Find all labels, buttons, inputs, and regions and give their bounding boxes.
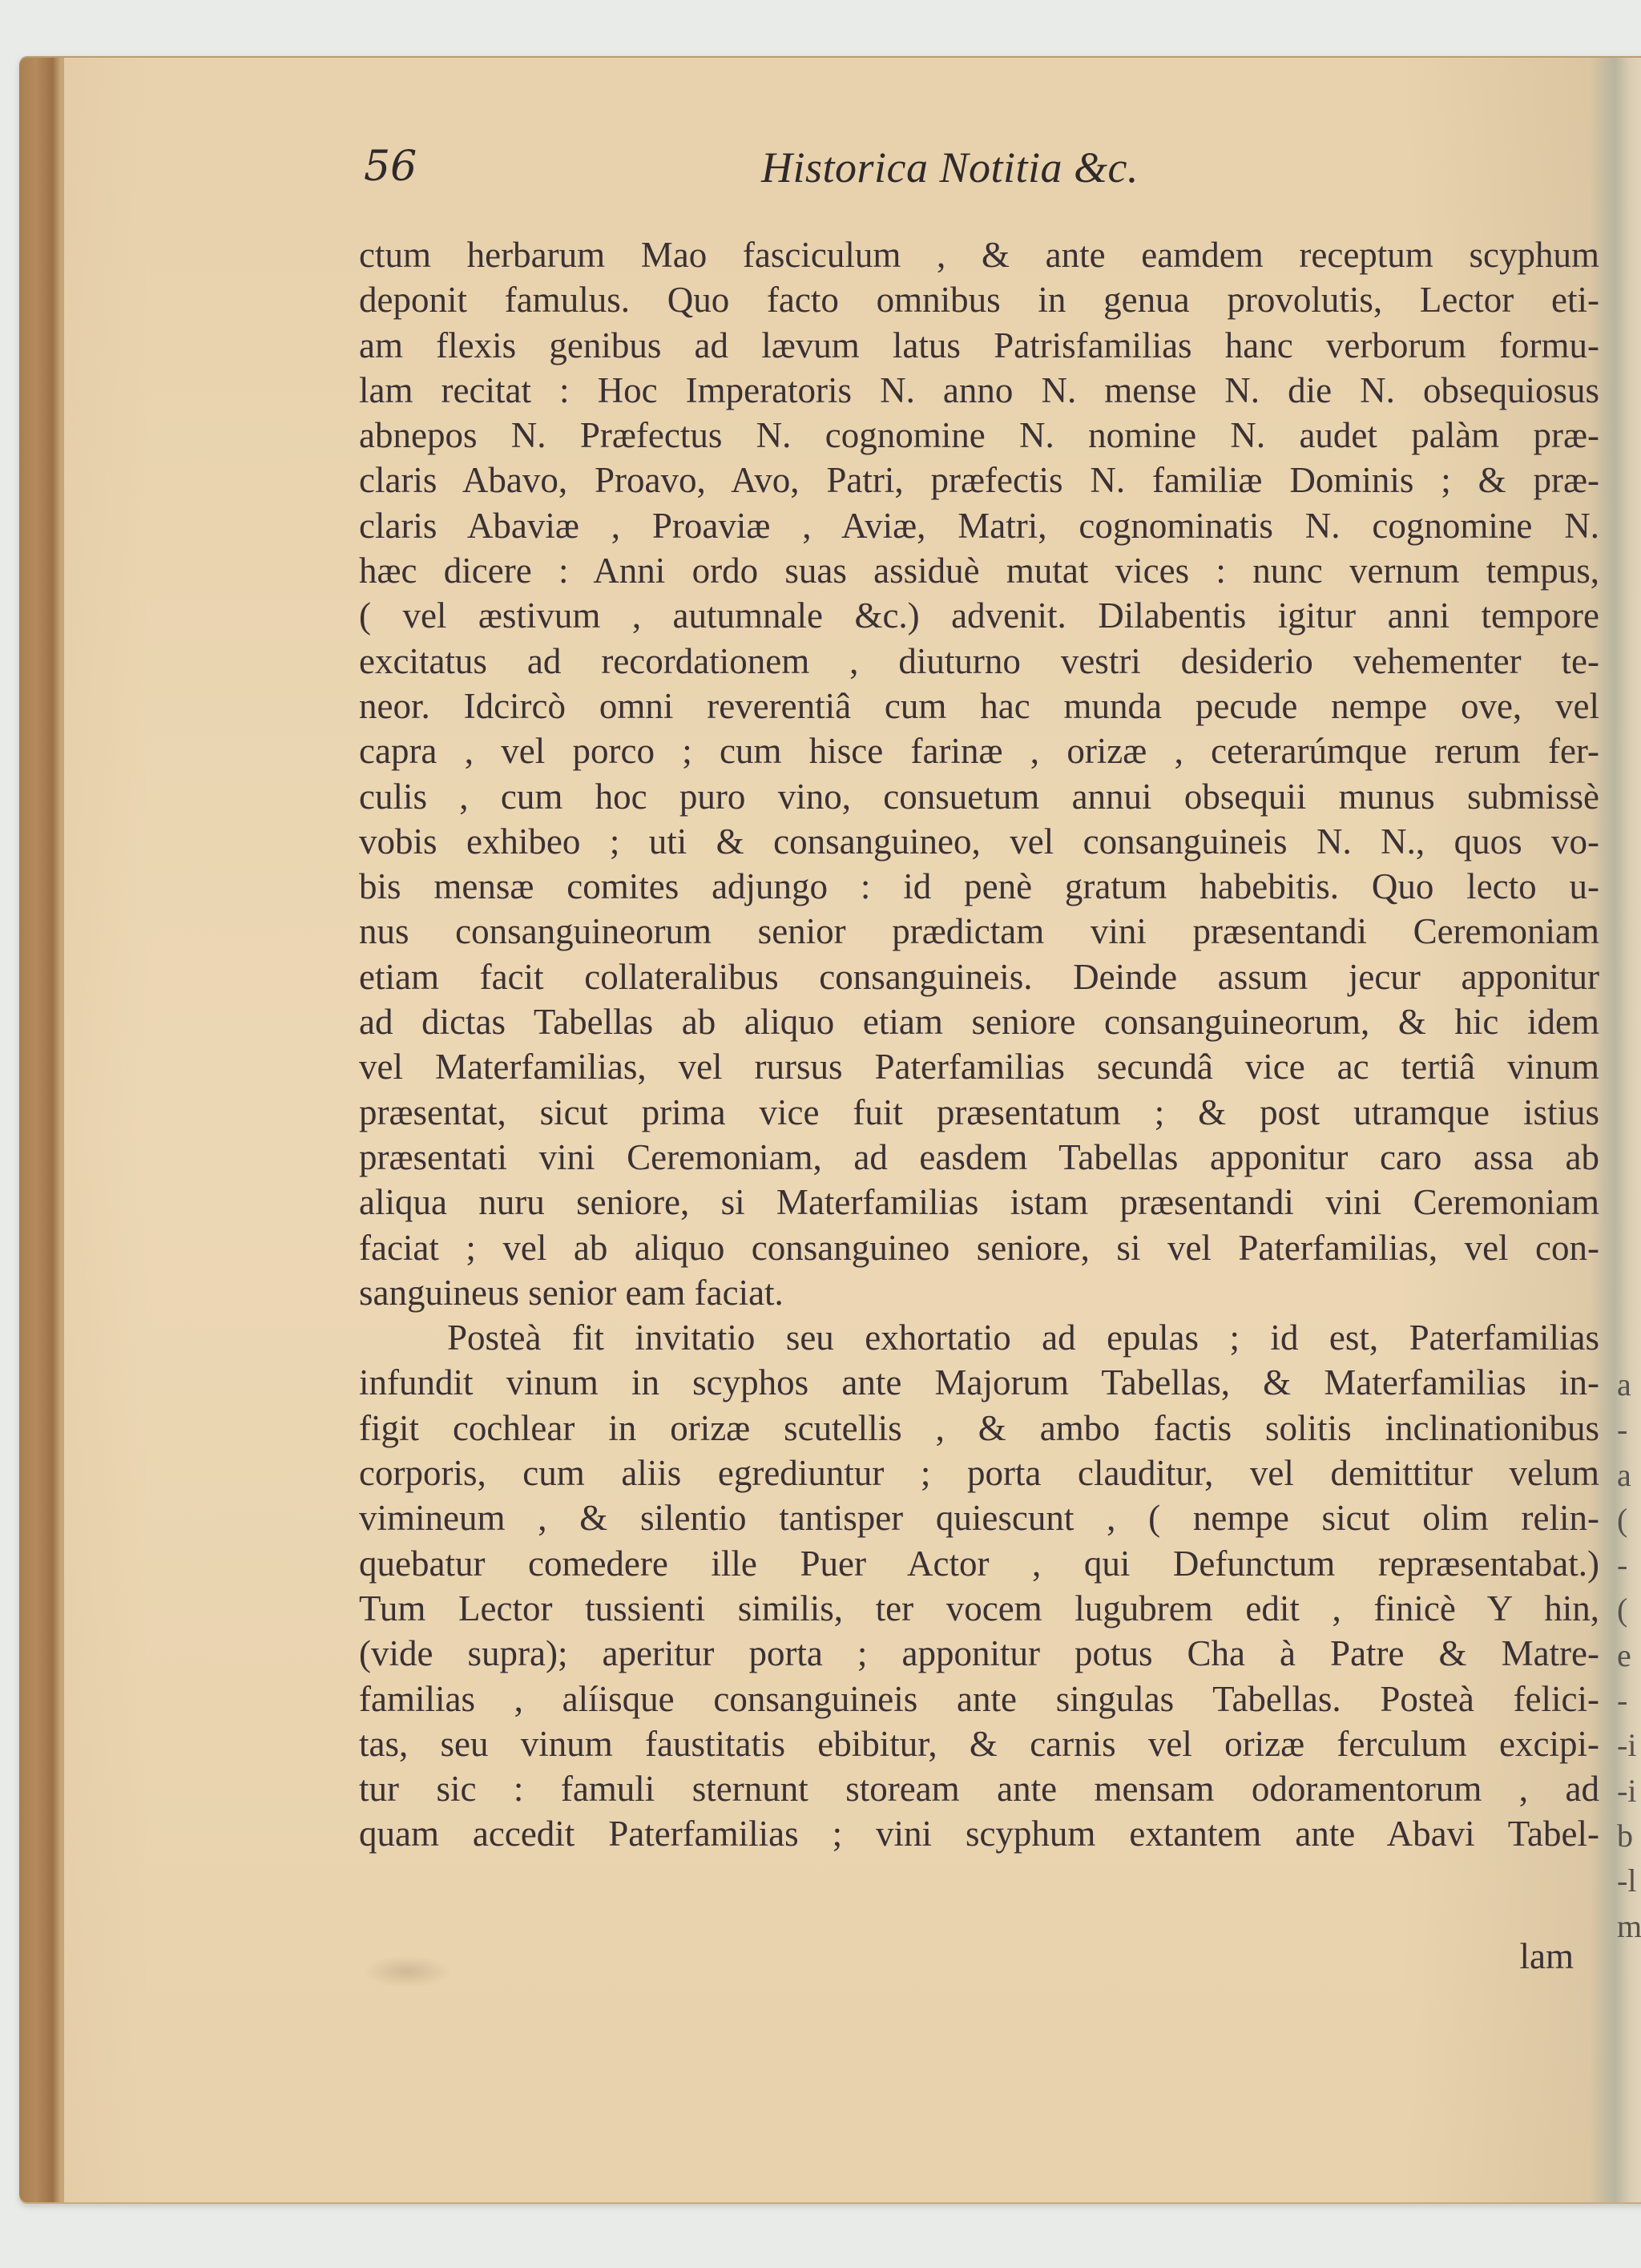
facing-page-fragments: a - a ( - ( e - -i -i b -l m <box>1617 1362 1641 1949</box>
facing-fragment: b <box>1617 1814 1641 1858</box>
facing-fragment: e <box>1617 1633 1641 1678</box>
paragraph-end-line: sanguineus senior eam faciat. <box>359 1270 1599 1315</box>
text-line: nus consanguineorum senior prædictam vin… <box>359 909 1599 954</box>
text-line: faciat ; vel ab aliquo consanguineo seni… <box>359 1225 1599 1270</box>
text-line: vobis exhibeo ; uti & consanguineo, vel … <box>359 819 1599 864</box>
text-line: am flexis genibus ad lævum latus Patrisf… <box>359 323 1599 368</box>
text-line: vel Materfamilias, vel rursus Paterfamil… <box>359 1044 1599 1089</box>
facing-fragment: ( <box>1617 1498 1641 1543</box>
text-line: culis , cum hoc puro vino, consuetum ann… <box>359 774 1599 819</box>
catchword: lam <box>1520 1935 1574 1977</box>
body-text: ctum herbarum Mao fasciculum , & ante ea… <box>359 232 1599 1857</box>
text-line: præsentat, sicut prima vice fuit præsent… <box>359 1090 1599 1135</box>
text-line: vimineum , & silentio tantisper quiescun… <box>359 1495 1599 1540</box>
running-head: 56 Historica Notitia &c. <box>345 143 1306 207</box>
facing-fragment: - <box>1617 1678 1641 1723</box>
text-line: capra , vel porco ; cum hisce farinæ , o… <box>359 728 1599 773</box>
text-line: abnepos N. Præfectus N. cognomine N. nom… <box>359 413 1599 458</box>
text-line: tas, seu vinum faustitatis ebibitur, & c… <box>359 1721 1599 1766</box>
binding-edge <box>19 58 61 2202</box>
facing-fragment: a <box>1617 1453 1641 1498</box>
text-line: ( vel æstivum , autumnale &c.) advenit. … <box>359 593 1599 638</box>
text-line: lam recitat : Hoc Imperatoris N. anno N.… <box>359 368 1599 413</box>
text-line: quam accedit Paterfamilias ; vini scyphu… <box>359 1811 1599 1856</box>
text-line: ad dictas Tabellas ab aliquo etiam senio… <box>359 999 1599 1044</box>
text-line: excitatus ad recordationem , diuturno ve… <box>359 639 1599 684</box>
facing-fragment: - <box>1617 1407 1641 1452</box>
ink-smudge <box>363 1955 451 1988</box>
text-line: præsentati vini Ceremoniam, ad easdem Ta… <box>359 1135 1599 1180</box>
text-line: hæc dicere : Anni ordo suas assiduè muta… <box>359 548 1599 593</box>
text-line: (vide supra); aperitur porta ; apponitur… <box>359 1631 1599 1676</box>
facing-fragment: - <box>1617 1543 1641 1588</box>
page-number: 56 <box>364 143 417 191</box>
facing-fragment: -i <box>1617 1769 1641 1814</box>
facing-fragment: m <box>1617 1904 1641 1949</box>
binding-inner-edge <box>61 58 64 2202</box>
text-line: Tum Lector tussienti similis, ter vocem … <box>359 1586 1599 1631</box>
paragraph-start-line: Posteà fit invitatio seu exhortatio ad e… <box>359 1315 1599 1360</box>
text-line: familias , alíisque consanguineis ante s… <box>359 1677 1599 1721</box>
facing-fragment: ( <box>1617 1588 1641 1632</box>
text-line: claris Abaviæ , Proaviæ , Aviæ, Matri, c… <box>359 503 1599 548</box>
facing-fragment: a <box>1617 1362 1641 1407</box>
text-line: deponit famulus. Quo facto omnibus in ge… <box>359 277 1599 322</box>
text-line: corporis, cum aliis egrediuntur ; porta … <box>359 1451 1599 1495</box>
running-title: Historica Notitia &c. <box>761 143 1139 192</box>
facing-fragment: -l <box>1617 1858 1641 1903</box>
text-line: aliqua nuru seniore, si Materfamilias is… <box>359 1180 1599 1225</box>
text-line: ctum herbarum Mao fasciculum , & ante ea… <box>359 232 1599 277</box>
text-line: infundit vinum in scyphos ante Majorum T… <box>359 1360 1599 1405</box>
text-line: bis mensæ comites adjungo : id penè grat… <box>359 864 1599 909</box>
text-line: etiam facit collateralibus consanguineis… <box>359 954 1599 999</box>
text-line: claris Abavo, Proavo, Avo, Patri, præfec… <box>359 458 1599 502</box>
text-line: neor. Idcircò omni reverentiâ cum hac mu… <box>359 684 1599 728</box>
text-line: figit cochlear in orizæ scutellis , & am… <box>359 1406 1599 1451</box>
facing-fragment: -i <box>1617 1723 1641 1768</box>
text-line: quebatur comedere ille Puer Actor , qui … <box>359 1541 1599 1586</box>
text-line: tur sic : famuli sternunt stoream ante m… <box>359 1766 1599 1811</box>
